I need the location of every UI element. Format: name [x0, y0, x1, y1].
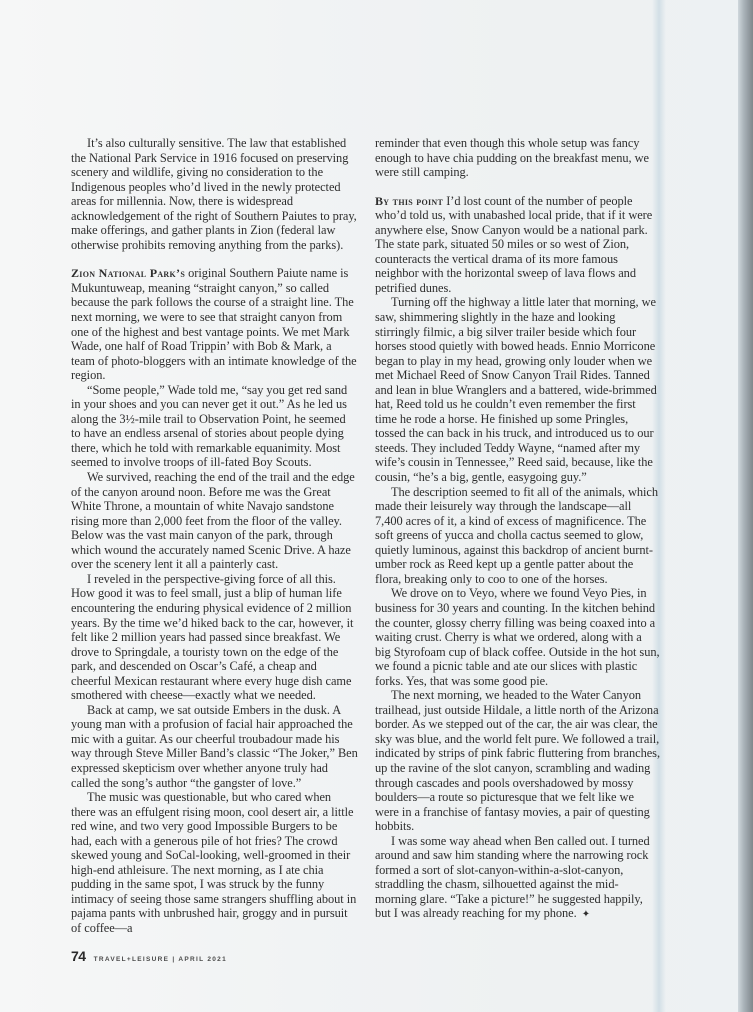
paragraph: We survived, reaching the end of the tra…	[71, 470, 358, 572]
paragraph: Back at camp, we sat outside Embers in t…	[71, 703, 358, 790]
page-number: 74	[71, 948, 86, 964]
section-start-paragraph: By this point I’d lost count of the numb…	[375, 194, 660, 296]
paragraph-text: I was some way ahead when Ben called out…	[375, 834, 650, 921]
paragraph: The description seemed to fit all of the…	[375, 485, 660, 587]
paragraph: I reveled in the perspective-giving forc…	[71, 572, 358, 703]
article-column-right: reminder that even though this whole set…	[375, 136, 660, 923]
section-start-paragraph: Zion National Park’s original Southern P…	[71, 266, 358, 382]
paragraph: The music was questionable, but who care…	[71, 790, 358, 935]
paragraph: Turning off the highway a little later t…	[375, 295, 660, 484]
paragraph: It’s also culturally sensitive. The law …	[71, 136, 358, 252]
paragraph: “Some people,” Wade told me, “say you ge…	[71, 383, 358, 470]
page-footer: 74 TRAVEL+LEISURE | APRIL 2021	[71, 948, 227, 964]
page-edge-shadow	[738, 0, 753, 1012]
running-foot: TRAVEL+LEISURE | APRIL 2021	[94, 956, 227, 963]
paragraph-text: I’d lost count of the number of people w…	[375, 194, 652, 295]
article-column-left: It’s also culturally sensitive. The law …	[71, 136, 358, 936]
continuation-paragraph: reminder that even though this whole set…	[375, 136, 660, 180]
lead-in: By this point	[375, 194, 443, 208]
final-paragraph: I was some way ahead when Ben called out…	[375, 834, 660, 923]
end-mark-icon: ✦	[582, 909, 590, 920]
paragraph: We drove on to Veyo, where we found Veyo…	[375, 586, 660, 688]
lead-in: Zion National Park’s	[71, 266, 185, 280]
paragraph-text: original Southern Paiute name is Mukuntu…	[71, 266, 357, 382]
paragraph: The next morning, we headed to the Water…	[375, 688, 660, 833]
magazine-page: It’s also culturally sensitive. The law …	[0, 0, 753, 1012]
